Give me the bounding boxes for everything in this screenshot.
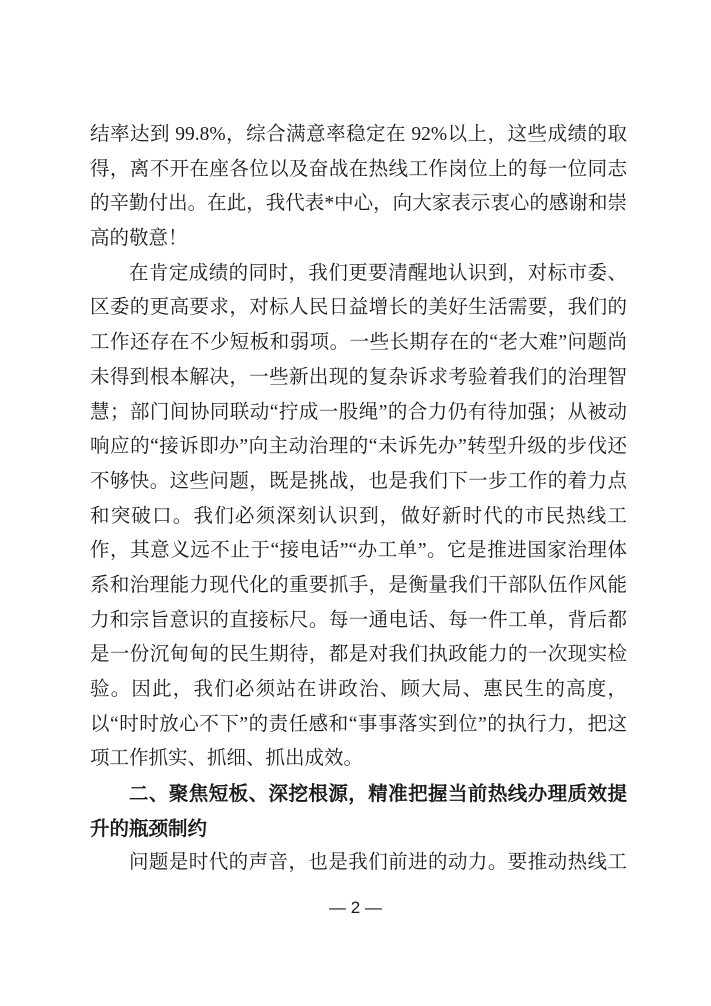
document-page: 结率达到 99.8%，综合满意率稳定在 92%以上，这些成绩的取 得，离不开在座…	[0, 0, 711, 1006]
body-line: 结率达到 99.8%，综合满意率稳定在 92%以上，这些成绩的取	[90, 118, 627, 153]
body-line: 力和宗旨意识的直接标尺。每一通电话、每一件工单，背后都	[90, 604, 627, 639]
body-line: 项工作抓实、抓细、抓出成效。	[90, 742, 627, 777]
body-line: 工作还存在不少短板和弱项。一些长期存在的“老大难”问题尚	[90, 326, 627, 361]
page-number: — 2 —	[0, 897, 711, 919]
body-line: 和突破口。我们必须深刻认识到，做好新时代的市民热线工	[90, 500, 627, 535]
body-line: 未得到根本解决，一些新出现的复杂诉求考验着我们的治理智	[90, 361, 627, 396]
body-line: 区委的更高要求，对标人民日益增长的美好生活需要，我们的	[90, 291, 627, 326]
document-body: 结率达到 99.8%，综合满意率稳定在 92%以上，这些成绩的取 得，离不开在座…	[90, 118, 627, 881]
body-line: 响应的“接诉即办”向主动治理的“未诉先办”转型升级的步伐还	[90, 430, 627, 465]
body-line: 高的敬意！	[90, 222, 627, 257]
body-line: 在肯定成绩的同时，我们更要清醒地认识到，对标市委、	[90, 257, 627, 292]
body-line: 问题是时代的声音，也是我们前进的动力。要推动热线工	[90, 846, 627, 881]
body-line: 不够快。这些问题，既是挑战，也是我们下一步工作的着力点	[90, 465, 627, 500]
body-line: 验。因此，我们必须站在讲政治、顾大局、惠民生的高度，	[90, 673, 627, 708]
section-heading-line: 二、聚焦短板、深挖根源，精准把握当前热线办理质效提	[90, 777, 627, 812]
body-line: 以“时时放心不下”的责任感和“事事落实到位”的执行力，把这	[90, 708, 627, 743]
body-line: 是一份沉甸甸的民生期待，都是对我们执政能力的一次现实检	[90, 638, 627, 673]
body-line: 作，其意义远不止于“接电话”“办工单”。它是推进国家治理体	[90, 534, 627, 569]
section-heading-line: 升的瓶颈制约	[90, 812, 627, 847]
body-line: 的辛勤付出。在此，我代表*中心，向大家表示衷心的感谢和崇	[90, 187, 627, 222]
body-line: 慧；部门间协同联动“拧成一股绳”的合力仍有待加强；从被动	[90, 396, 627, 431]
body-line: 得，离不开在座各位以及奋战在热线工作岗位上的每一位同志	[90, 153, 627, 188]
body-line: 系和治理能力现代化的重要抓手，是衡量我们干部队伍作风能	[90, 569, 627, 604]
